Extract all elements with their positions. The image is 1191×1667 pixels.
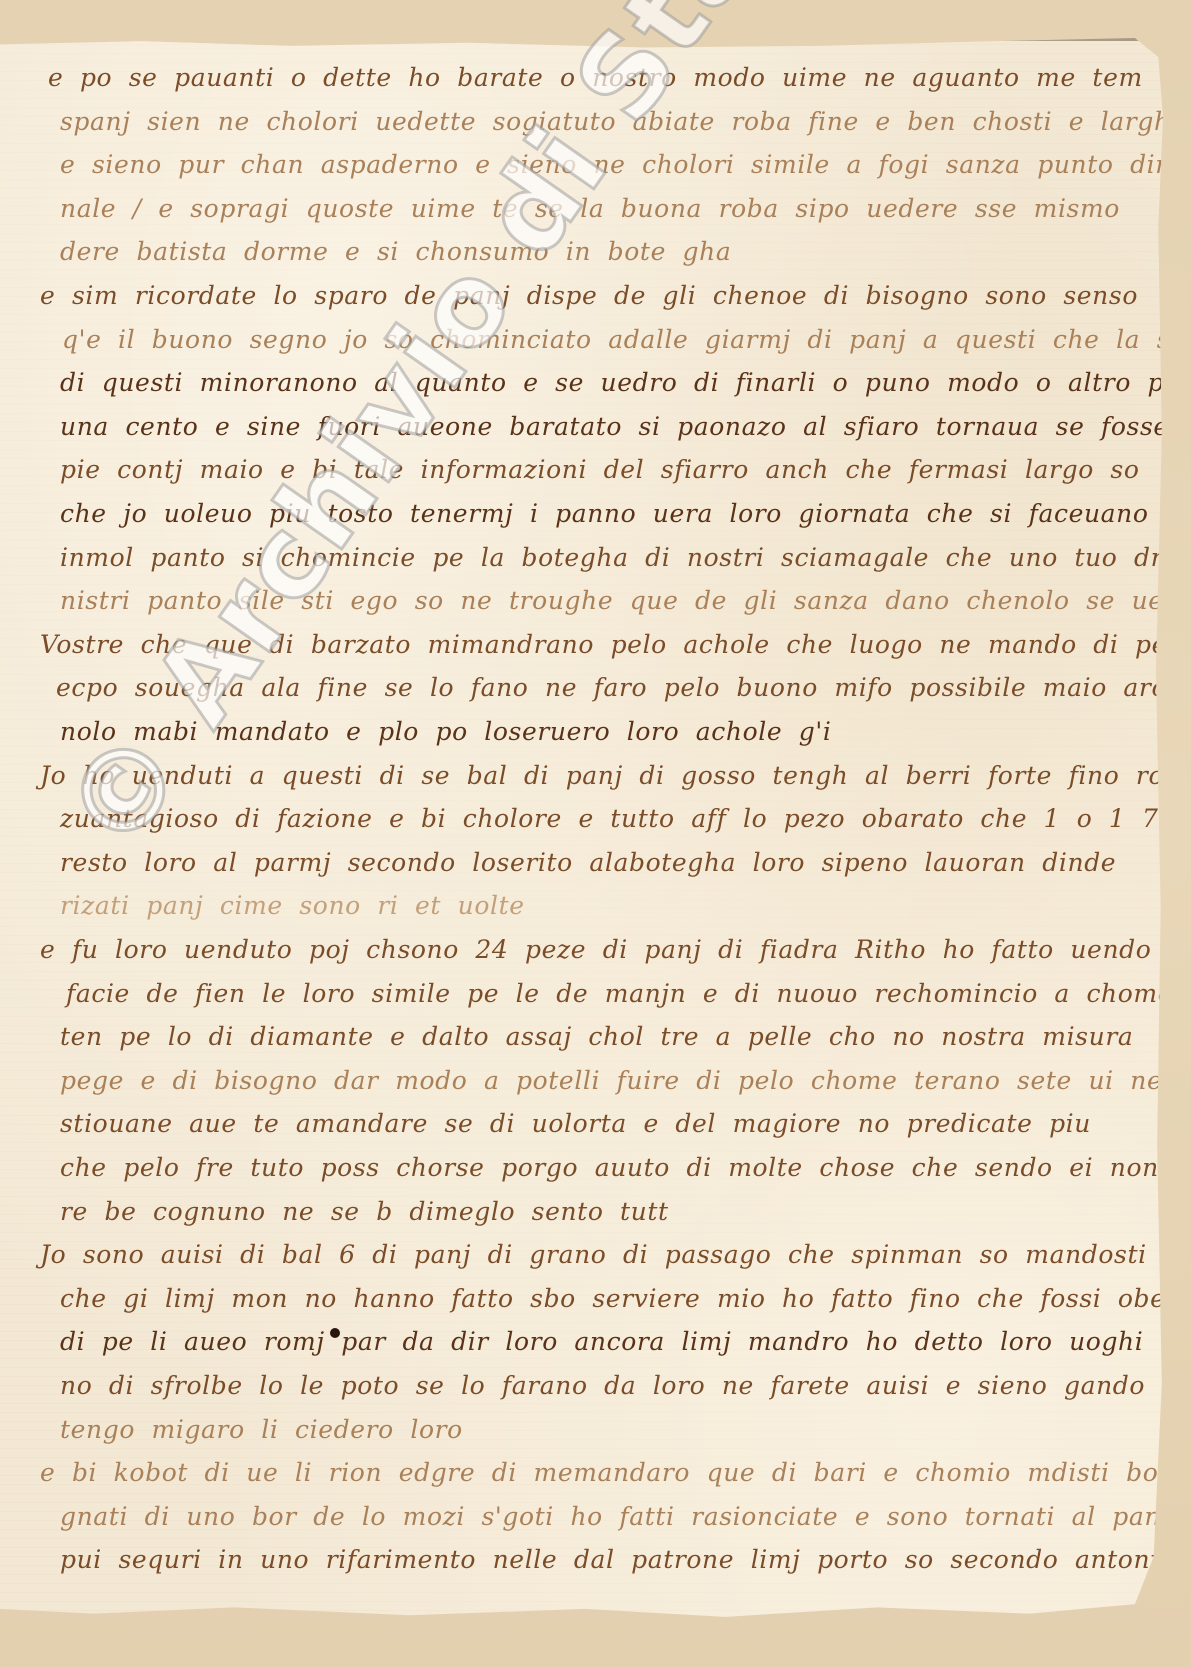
manuscript-line: pie contj maio e bi tale informazioni de… [60, 457, 1139, 482]
manuscript-line: che pelo fre tuto poss chorse porgo auut… [60, 1155, 1188, 1180]
manuscript-line: rizati panj cime sono ri et uolte [60, 893, 525, 918]
manuscript-line: ten pe lo di diamante e dalto assaj chol… [60, 1024, 1133, 1049]
manuscript-line: e po se pauanti o dette ho barate o nost… [48, 65, 1143, 90]
manuscript-line: che gi limj mon no hanno fatto sbo servi… [60, 1286, 1191, 1311]
manuscript-line: tengo migaro li ciedero loro [60, 1417, 463, 1442]
manuscript-line: dere batista dorme e si chonsumo in bote… [60, 239, 731, 264]
manuscript-line: ecpo souegha ala fine se lo fano ne faro… [56, 675, 1191, 700]
handwritten-text-block: e po se pauanti o dette ho barate o nost… [0, 38, 1170, 1620]
manuscript-line: spanj sien ne cholori uedette sogiatuto … [60, 109, 1179, 134]
manuscript-line: che jo uoleuo piu tosto tenermj i panno … [60, 501, 1149, 526]
manuscript-line: e fu loro uenduto poj chsono 24 peze di … [40, 937, 1191, 962]
manuscript-line: no di sfrolbe lo le poto se lo farano da… [60, 1373, 1145, 1398]
manuscript-line: e sieno pur chan aspaderno e sieno ne ch… [60, 152, 1191, 177]
manuscript-line: di questi minoranono al quanto e se uedr… [60, 370, 1191, 395]
manuscript-line: nale / e sopragi quoste uime te se la bu… [60, 196, 1120, 221]
manuscript-line: q'e il buono segno jo so chominciato ada… [62, 327, 1191, 352]
manuscript-line: Jo sono auisi di bal 6 di panj di grano … [40, 1242, 1191, 1267]
manuscript-line: pui sequri in uno rifarimento nelle dal … [60, 1547, 1174, 1572]
manuscript-line: gnati di uno bor de lo mozi s'goti ho fa… [60, 1504, 1180, 1529]
manuscript-line: nolo mabi mandato e plo po loseruero lor… [60, 719, 831, 744]
manuscript-line: inmol panto si chomincie pe la botegha d… [60, 545, 1191, 570]
manuscript-line: e bi kobot di ue li rion edgre di memand… [40, 1460, 1158, 1485]
manuscript-line: zuantagioso di fazione e bi cholore e tu… [60, 806, 1158, 831]
manuscript-line: stiouane aue te amandare se di uolorta e… [60, 1111, 1091, 1136]
manuscript-line: resto loro al parmj secondo loserito ala… [60, 850, 1116, 875]
manuscript-line: Jo ho uenduti a questi di se bal di panj… [40, 763, 1191, 788]
manuscript-page: e po se pauanti o dette ho barate o nost… [0, 38, 1170, 1620]
manuscript-line: e sim ricordate lo sparo de panj dispe d… [40, 283, 1138, 308]
manuscript-line: pege e di bisogno dar modo a potelli fui… [60, 1068, 1191, 1093]
manuscript-line: di pe li aueo romj par da dir loro ancor… [60, 1329, 1143, 1354]
manuscript-line: nistri panto sile sti ego so ne troughe … [60, 588, 1191, 613]
manuscript-line: una cento e sine fuori aueone baratato s… [60, 414, 1169, 439]
manuscript-line: Vostre che que di barzato mimandrano pel… [40, 632, 1191, 657]
manuscript-line: facie de fien le loro simile pe le de ma… [66, 981, 1173, 1006]
manuscript-line: re be cognuno ne se b dimeglo sento tutt [60, 1199, 669, 1224]
ink-blot [330, 1328, 340, 1338]
